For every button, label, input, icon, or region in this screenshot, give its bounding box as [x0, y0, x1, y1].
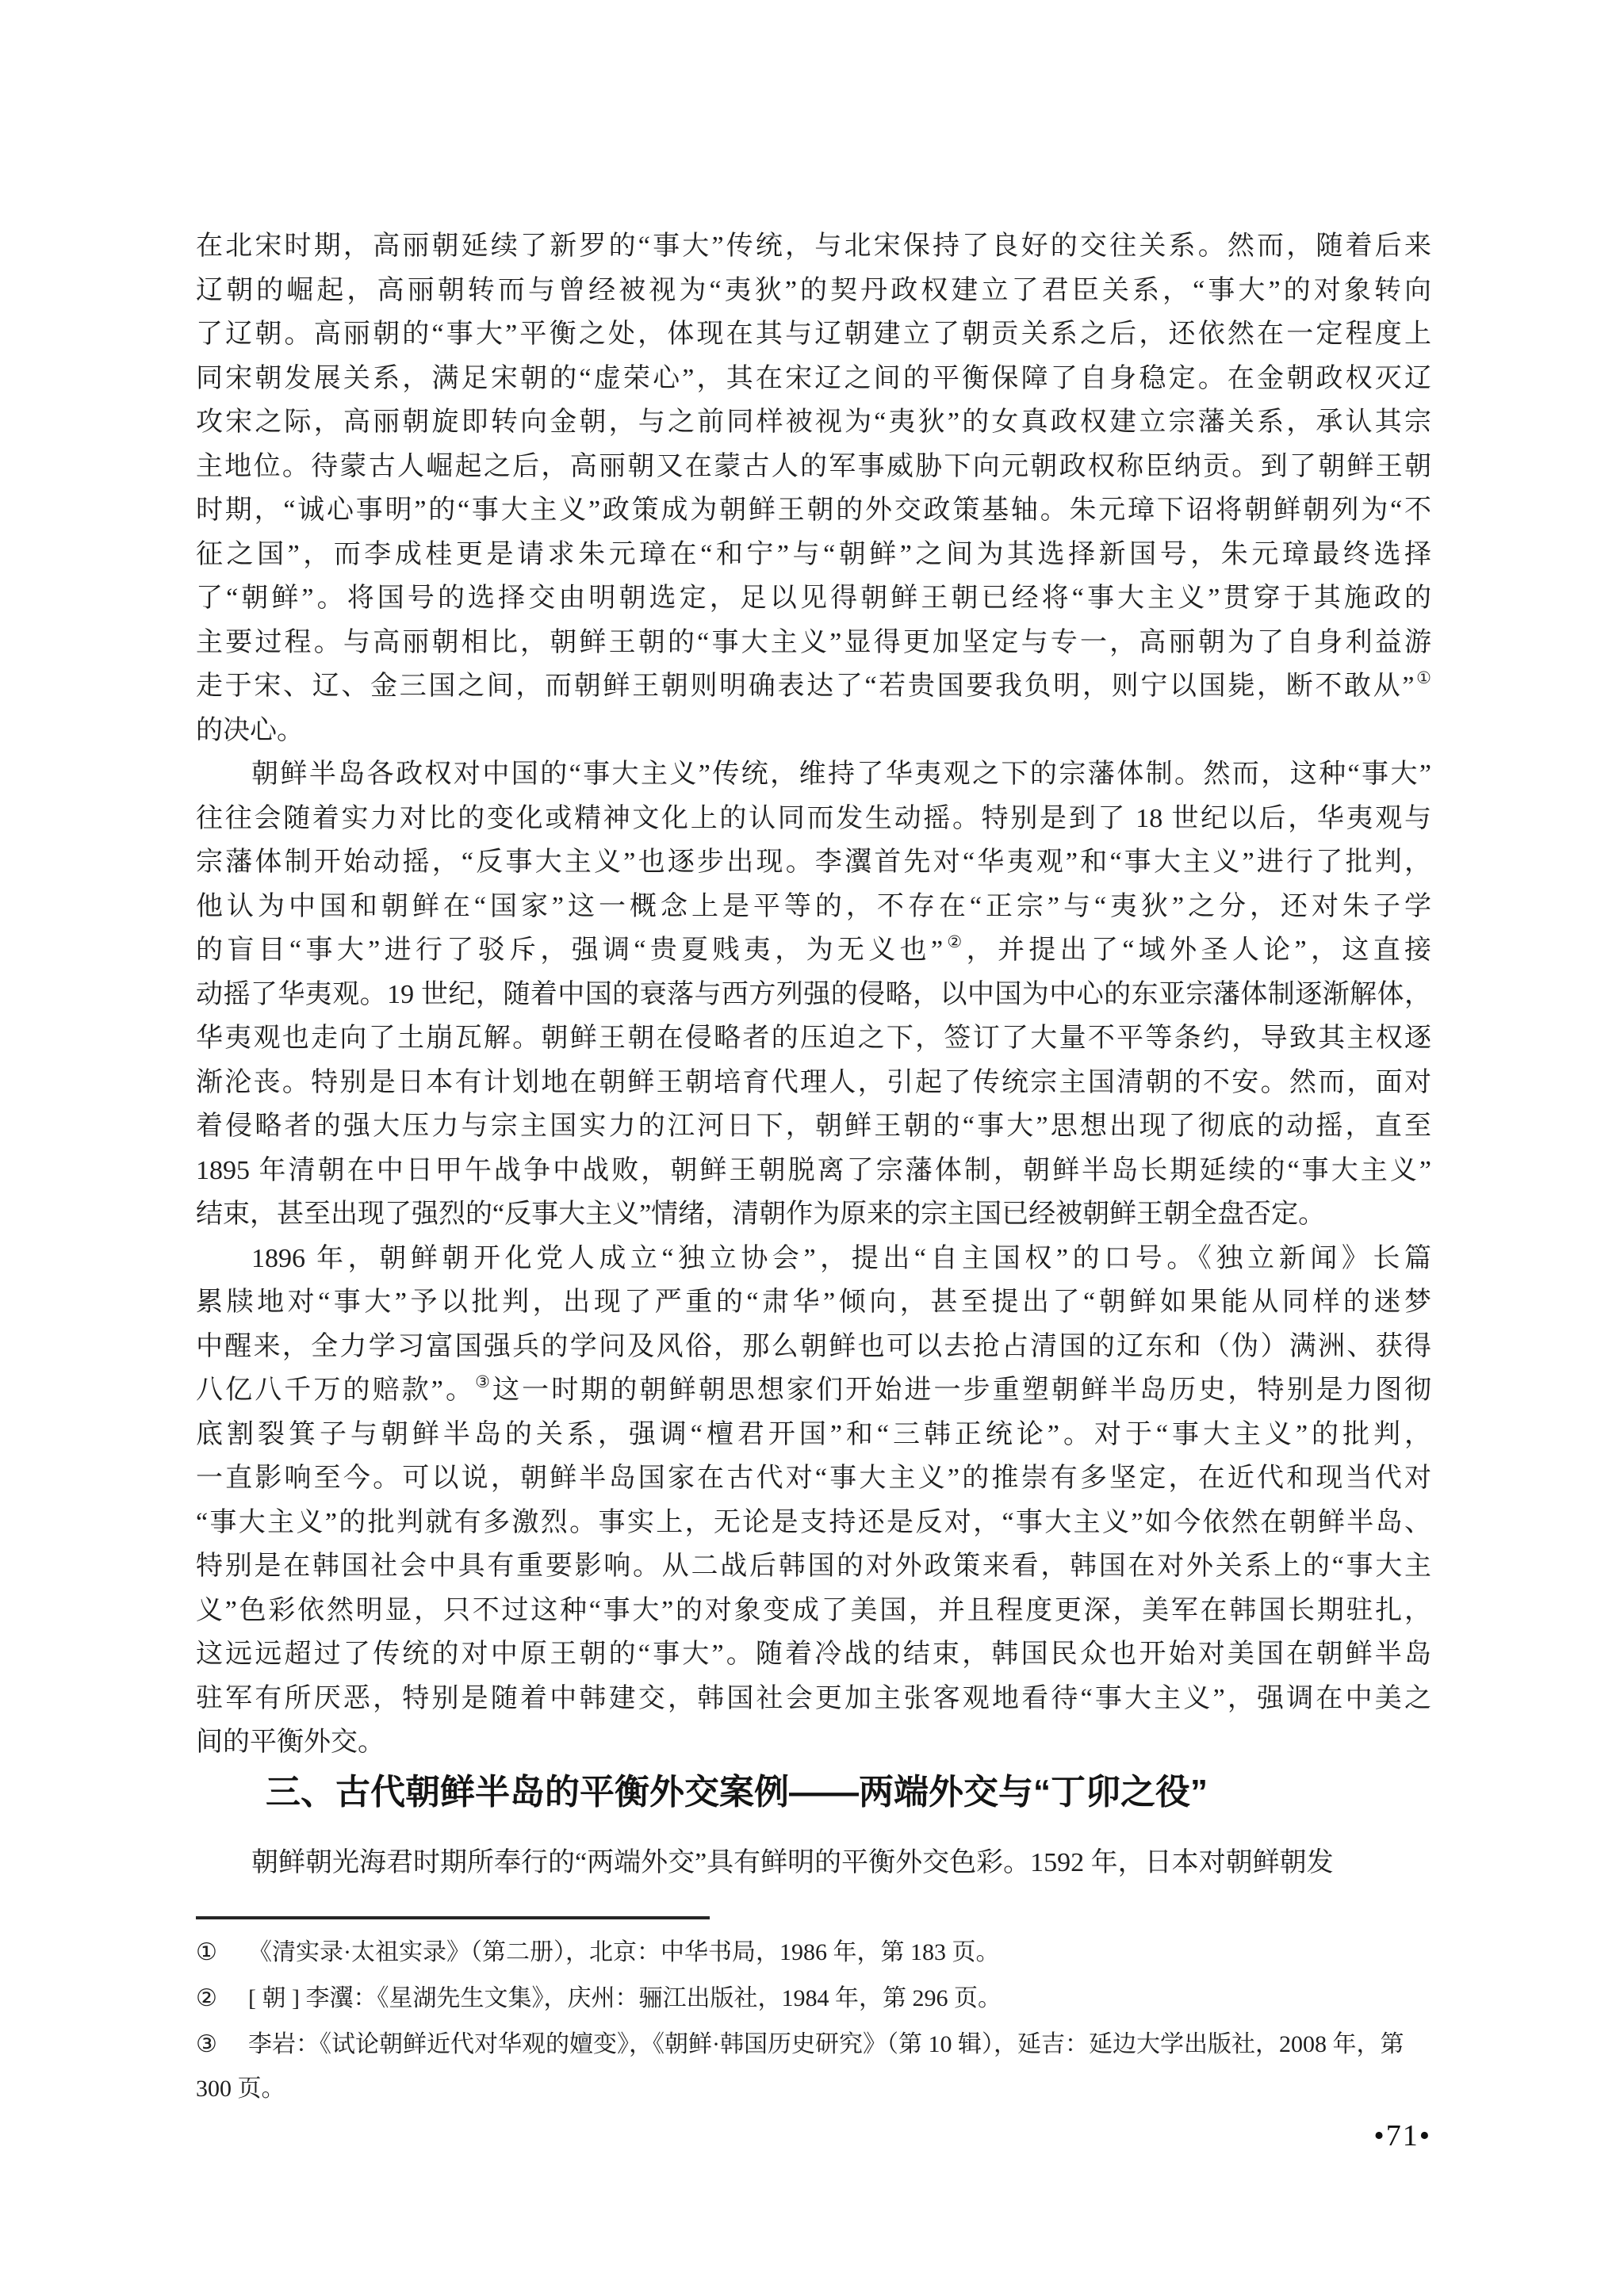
body-line: 辽朝的崛起，高丽朝转而与曾经被视为“夷狄”的契丹政权建立了君臣关系，“事大”的对…: [196, 269, 1431, 313]
body-line: 时期，“诚心事明”的“事大主义”政策成为朝鲜王朝的外交政策基轴。朱元璋下诏将朝鲜…: [196, 488, 1431, 533]
document-page: 在北宋时期，高丽朝延续了新罗的“事大”传统，与北宋保持了良好的交往关系。然而，随…: [0, 0, 1624, 2296]
paragraphs-after-heading: 朝鲜朝光海君时期所奉行的“两端外交”具有鲜明的平衡外交色彩。1592 年，日本对…: [196, 1841, 1431, 1885]
body-line: 了辽朝。高丽朝的“事大”平衡之处，体现在其与辽朝建立了朝贡关系之后，还依然在一定…: [196, 312, 1431, 357]
paragraphs-before-heading: 在北宋时期，高丽朝延续了新罗的“事大”传统，与北宋保持了良好的交往关系。然而，随…: [196, 224, 1431, 1765]
footnote-text: 《清实录·太祖实录》（第二册），北京：中华书局，1986 年，第 183 页。: [248, 1939, 1000, 1965]
body-line: 同宋朝发展关系，满足宋朝的“虚荣心”，其在宋辽之间的平衡保障了自身稳定。在金朝政…: [196, 357, 1431, 401]
body-line: 走于宋、辽、金三国之间，而朝鲜王朝则明确表达了“若贵国要我负明，则宁以国毙，断不…: [196, 664, 1431, 709]
footnote-marker: ③: [196, 2022, 248, 2067]
footnote-marker: ②: [196, 1976, 248, 2021]
body-line: 累牍地对“事大”予以批判，出现了严重的“肃华”倾向，甚至提出了“朝鲜如果能从同样…: [196, 1280, 1431, 1325]
body-line: 他认为中国和朝鲜在“国家”这一概念上是平等的，不存在“正宗”与“夷狄”之分，还对…: [196, 885, 1431, 929]
body-line: 一直影响至今。可以说，朝鲜半岛国家在古代对“事大主义”的推崇有多坚定，在近代和现…: [196, 1456, 1431, 1501]
body-line: 攻宋之际，高丽朝旋即转向金朝，与之前同样被视为“夷狄”的女真政权建立宗藩关系，承…: [196, 400, 1431, 445]
body-line: 驻军有所厌恶，特别是随着中韩建交，韩国社会更加主张客观地看待“事大主义”，强调在…: [196, 1677, 1431, 1721]
footnotes: ①《清实录·太祖实录》（第二册），北京：中华书局，1986 年，第 183 页。…: [196, 1931, 1431, 2111]
footnote-separator-rule: [196, 1916, 710, 1919]
body-line: 间的平衡外交。: [196, 1720, 1431, 1765]
footnote-text: [ 朝 ] 李瀷：《星湖先生文集》，庆州：骊江出版社，1984 年，第 296 …: [248, 1985, 1002, 2011]
body-line: 着侵略者的强大压力与宗主国实力的江河日下，朝鲜王朝的“事大”思想出现了彻底的动摇…: [196, 1104, 1431, 1149]
body-line: 八亿八千万的赔款”。③这一时期的朝鲜朝思想家们开始进一步重塑朝鲜半岛历史，特别是…: [196, 1368, 1431, 1413]
body-line: 结束，甚至出现了强烈的“反事大主义”情绪，清朝作为原来的宗主国已经被朝鲜王朝全盘…: [196, 1192, 1431, 1237]
body-line: 这远远超过了传统的对中原王朝的“事大”。随着冷战的结束，韩国民众也开始对美国在朝…: [196, 1632, 1431, 1677]
paragraph: 1896 年，朝鲜朝开化党人成立“独立协会”，提出“自主国权”的口号。《独立新闻…: [196, 1237, 1431, 1765]
footnote: ③李岩：《试论朝鲜近代对华观的嬗变》，《朝鲜·韩国历史研究》（第 10 辑），延…: [196, 2022, 1431, 2111]
body-line: 的决心。: [196, 709, 1431, 753]
body-line: 渐沦丧。特别是日本有计划地在朝鲜王朝培育代理人，引起了传统宗主国清朝的不安。然而…: [196, 1061, 1431, 1105]
footnote: ②[ 朝 ] 李瀷：《星湖先生文集》，庆州：骊江出版社，1984 年，第 296…: [196, 1976, 1431, 2021]
footnote-marker: ①: [196, 1931, 248, 1975]
body-line: 朝鲜朝光海君时期所奉行的“两端外交”具有鲜明的平衡外交色彩。1592 年，日本对…: [196, 1841, 1431, 1885]
footnote-ref-marker: ②: [943, 932, 967, 951]
body-line: 特别是在韩国社会中具有重要影响。从二战后韩国的对外政策来看，韩国在对外关系上的“…: [196, 1544, 1431, 1589]
body-line: 在北宋时期，高丽朝延续了新罗的“事大”传统，与北宋保持了良好的交往关系。然而，随…: [196, 224, 1431, 269]
body-line: 的盲目“事大”进行了驳斥，强调“贵夏贱夷，为无义也”②，并提出了“域外圣人论”，…: [196, 928, 1431, 973]
body-line: “事大主义”的批判就有多激烈。事实上，无论是支持还是反对，“事大主义”如今依然在…: [196, 1501, 1431, 1545]
body-line: 主要过程。与高丽朝相比，朝鲜王朝的“事大主义”显得更加坚定与专一，高丽朝为了自身…: [196, 621, 1431, 665]
footnote-ref-marker: ③: [475, 1372, 492, 1391]
body-line: 1895 年清朝在中日甲午战争中战败，朝鲜王朝脱离了宗藩体制，朝鲜半岛长期延续的…: [196, 1149, 1431, 1193]
footnote-ref-marker: ①: [1415, 668, 1432, 687]
body-line: 动摇了华夷观。19 世纪，随着中国的衰落与西方列强的侵略，以中国为中心的东亚宗藩…: [196, 973, 1431, 1017]
body-line: 往往会随着实力对比的变化或精神文化上的认同而发生动摇。特别是到了 18 世纪以后…: [196, 797, 1431, 841]
body-line: 华夷观也走向了土崩瓦解。朝鲜王朝在侵略者的压迫之下，签订了大量不平等条约，导致其…: [196, 1016, 1431, 1061]
article-body: 在北宋时期，高丽朝延续了新罗的“事大”传统，与北宋保持了良好的交往关系。然而，随…: [196, 224, 1431, 2113]
paragraph: 朝鲜半岛各政权对中国的“事大主义”传统，维持了华夷观之下的宗藩体制。然而，这种“…: [196, 752, 1431, 1237]
footnote: ①《清实录·太祖实录》（第二册），北京：中华书局，1986 年，第 183 页。: [196, 1931, 1431, 1975]
body-line: 中醒来，全力学习富国强兵的学问及风俗，那么朝鲜也可以去抢占清国的辽东和（伪）满洲…: [196, 1325, 1431, 1369]
body-line: 了“朝鲜”。将国号的选择交由明朝选定，足以见得朝鲜王朝已经将“事大主义”贯穿于其…: [196, 576, 1431, 621]
footnote-text: 李岩：《试论朝鲜近代对华观的嬗变》，《朝鲜·韩国历史研究》（第 10 辑），延吉…: [196, 2031, 1404, 2102]
body-line: 底割裂箕子与朝鲜半岛的关系，强调“檀君开国”和“三韩正统论”。对于“事大主义”的…: [196, 1413, 1431, 1457]
body-line: 征之国”，而李成桂更是请求朱元璋在“和宁”与“朝鲜”之间为其选择新国号，朱元璋最…: [196, 533, 1431, 577]
section-heading: 三、古代朝鲜半岛的平衡外交案例——两端外交与“丁卯之役”: [196, 1768, 1431, 1817]
page-number: •71•: [196, 2118, 1431, 2153]
paragraph: 在北宋时期，高丽朝延续了新罗的“事大”传统，与北宋保持了良好的交往关系。然而，随…: [196, 224, 1431, 752]
paragraph: 朝鲜朝光海君时期所奉行的“两端外交”具有鲜明的平衡外交色彩。1592 年，日本对…: [196, 1841, 1431, 1885]
body-line: 主地位。待蒙古人崛起之后，高丽朝又在蒙古人的军事威胁下向元朝政权称臣纳贡。到了朝…: [196, 445, 1431, 489]
body-line: 1896 年，朝鲜朝开化党人成立“独立协会”，提出“自主国权”的口号。《独立新闻…: [196, 1237, 1431, 1281]
body-line: 朝鲜半岛各政权对中国的“事大主义”传统，维持了华夷观之下的宗藩体制。然而，这种“…: [196, 752, 1431, 797]
body-line: 宗藩体制开始动摇，“反事大主义”也逐步出现。李瀷首先对“华夷观”和“事大主义”进…: [196, 840, 1431, 885]
body-line: 义”色彩依然明显，只不过这种“事大”的对象变成了美国，并且程度更深，美军在韩国长…: [196, 1589, 1431, 1633]
